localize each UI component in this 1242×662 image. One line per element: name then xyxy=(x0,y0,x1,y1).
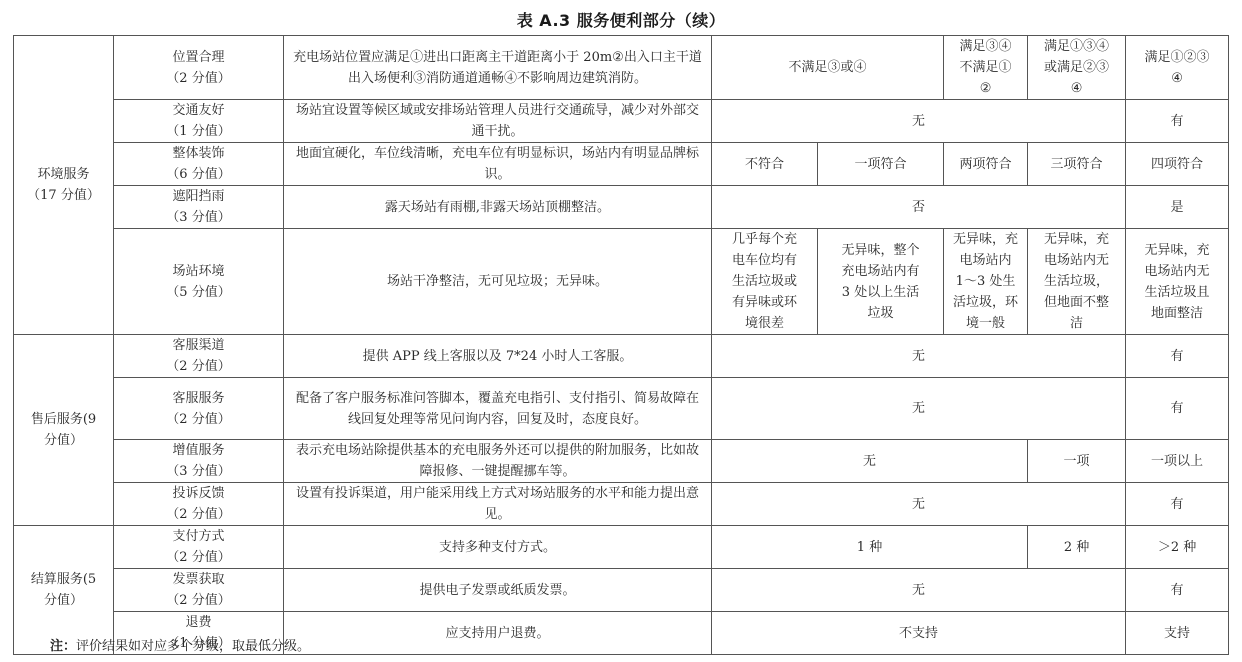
item-cell: 支付方式 （2 分值） xyxy=(114,526,284,569)
grade-cell: 几乎每个充 电车位均有 生活垃圾或 有异味或环 境很差 xyxy=(712,229,818,335)
note-text: 评价结果如对应多个分级，取最低分级。 xyxy=(76,639,310,654)
grade-cell: 有 xyxy=(1126,100,1229,143)
table-row: 环境服务 （17 分值） 位置合理 （2 分值） 充电场站位置应满足①进出口距离… xyxy=(14,36,1229,100)
grade-cell: 四项符合 xyxy=(1126,143,1229,186)
category-cell: 售后服务(9 分值） xyxy=(14,335,114,526)
requirement-cell: 露天场站有雨棚,非露天场站顶棚整洁。 xyxy=(284,186,712,229)
grade-cell: 有 xyxy=(1126,335,1229,378)
requirement-cell: 场站宜设置等候区域或安排场站管理人员进行交通疏导，减少对外部交通干扰。 xyxy=(284,100,712,143)
grade-cell: 三项符合 xyxy=(1028,143,1126,186)
item-cell: 客服渠道 （2 分值） xyxy=(114,335,284,378)
grade-cell: 一项以上 xyxy=(1126,440,1229,483)
table-note: 注：评价结果如对应多个分级，取最低分级。 xyxy=(50,636,310,658)
grade-cell: 一项符合 xyxy=(818,143,944,186)
table-row: 场站环境 （5 分值） 场站干净整洁，无可见垃圾；无异味。 几乎每个充 电车位均… xyxy=(14,229,1229,335)
grade-cell: 是 xyxy=(1126,186,1229,229)
requirement-cell: 提供电子发票或纸质发票。 xyxy=(284,569,712,612)
grade-cell: 2 种 xyxy=(1028,526,1126,569)
grade-cell: 满足③④ 不满足① ② xyxy=(944,36,1028,100)
item-cell: 客服服务 （2 分值） xyxy=(114,378,284,440)
grade-cell: 有 xyxy=(1126,569,1229,612)
evaluation-table: 环境服务 （17 分值） 位置合理 （2 分值） 充电场站位置应满足①进出口距离… xyxy=(13,35,1229,655)
grade-cell: 不满足③或④ xyxy=(712,36,944,100)
grade-cell: 无 xyxy=(712,440,1028,483)
item-cell: 场站环境 （5 分值） xyxy=(114,229,284,335)
item-cell: 位置合理 （2 分值） xyxy=(114,36,284,100)
table-row: 售后服务(9 分值） 客服渠道 （2 分值） 提供 APP 线上客服以及 7*2… xyxy=(14,335,1229,378)
requirement-cell: 支持多种支付方式。 xyxy=(284,526,712,569)
grade-cell: 满足①②③ ④ xyxy=(1126,36,1229,100)
table-row: 整体装饰 （6 分值） 地面宜硬化，车位线清晰，充电车位有明显标识，场站内有明显… xyxy=(14,143,1229,186)
grade-cell: 不符合 xyxy=(712,143,818,186)
table-row: 增值服务 （3 分值） 表示充电场站除提供基本的充电服务外还可以提供的附加服务，… xyxy=(14,440,1229,483)
grade-cell: 无 xyxy=(712,100,1126,143)
grade-cell: 无 xyxy=(712,483,1126,526)
requirement-cell: 设置有投诉渠道，用户能采用线上方式对场站服务的水平和能力提出意见。 xyxy=(284,483,712,526)
grade-cell: 支持 xyxy=(1126,612,1229,655)
item-cell: 整体装饰 （6 分值） xyxy=(114,143,284,186)
grade-cell: 满足①③④ 或满足②③ ④ xyxy=(1028,36,1126,100)
grade-cell: 否 xyxy=(712,186,1126,229)
grade-cell: 有 xyxy=(1126,378,1229,440)
grade-cell: 无 xyxy=(712,335,1126,378)
grade-cell: 一项 xyxy=(1028,440,1126,483)
table-row: 结算服务(5 分值） 支付方式 （2 分值） 支持多种支付方式。 1 种 2 种… xyxy=(14,526,1229,569)
grade-cell: 无异味，充 电场站内无 生活垃圾且 地面整洁 xyxy=(1126,229,1229,335)
category-cell: 环境服务 （17 分值） xyxy=(14,36,114,335)
table-row: 客服服务 （2 分值） 配备了客户服务标准问答脚本，覆盖充电指引、支付指引、简易… xyxy=(14,378,1229,440)
requirement-cell: 配备了客户服务标准问答脚本，覆盖充电指引、支付指引、简易故障在线回复处理等常见问… xyxy=(284,378,712,440)
requirement-cell: 充电场站位置应满足①进出口距离主干道距离小于 20m②出入口主干道出入场便利③消… xyxy=(284,36,712,100)
requirement-cell: 应支持用户退费。 xyxy=(284,612,712,655)
item-cell: 交通友好 （1 分值） xyxy=(114,100,284,143)
table-row: 投诉反馈 （2 分值） 设置有投诉渠道，用户能采用线上方式对场站服务的水平和能力… xyxy=(14,483,1229,526)
item-cell: 投诉反馈 （2 分值） xyxy=(114,483,284,526)
grade-cell: 不支持 xyxy=(712,612,1126,655)
requirement-cell: 场站干净整洁，无可见垃圾；无异味。 xyxy=(284,229,712,335)
note-label: 注： xyxy=(50,639,76,654)
grade-cell: 两项符合 xyxy=(944,143,1028,186)
item-cell: 发票获取 （2 分值） xyxy=(114,569,284,612)
grade-cell: 无 xyxy=(712,569,1126,612)
grade-cell: 有 xyxy=(1126,483,1229,526)
table-row: 遮阳挡雨 （3 分值） 露天场站有雨棚,非露天场站顶棚整洁。 否 是 xyxy=(14,186,1229,229)
item-cell: 增值服务 （3 分值） xyxy=(114,440,284,483)
requirement-cell: 提供 APP 线上客服以及 7*24 小时人工客服。 xyxy=(284,335,712,378)
table-row: 发票获取 （2 分值） 提供电子发票或纸质发票。 无 有 xyxy=(14,569,1229,612)
requirement-cell: 表示充电场站除提供基本的充电服务外还可以提供的附加服务，比如故障报修、一键提醒挪… xyxy=(284,440,712,483)
grade-cell: 无异味，充 电场站内无 生活垃圾， 但地面不整 洁 xyxy=(1028,229,1126,335)
grade-cell: 1 种 xyxy=(712,526,1028,569)
item-cell: 遮阳挡雨 （3 分值） xyxy=(114,186,284,229)
grade-cell: 无异味，充 电场站内 1～3 处生 活垃圾，环 境一般 xyxy=(944,229,1028,335)
grade-cell: 无异味，整个 充电场站内有 3 处以上生活 垃圾 xyxy=(818,229,944,335)
table-title: 表 A.3 服务便利部分（续） xyxy=(0,8,1242,31)
table-row: 交通友好 （1 分值） 场站宜设置等候区域或安排场站管理人员进行交通疏导，减少对… xyxy=(14,100,1229,143)
grade-cell: 无 xyxy=(712,378,1126,440)
grade-cell: ＞2 种 xyxy=(1126,526,1229,569)
requirement-cell: 地面宜硬化，车位线清晰，充电车位有明显标识，场站内有明显品牌标识。 xyxy=(284,143,712,186)
